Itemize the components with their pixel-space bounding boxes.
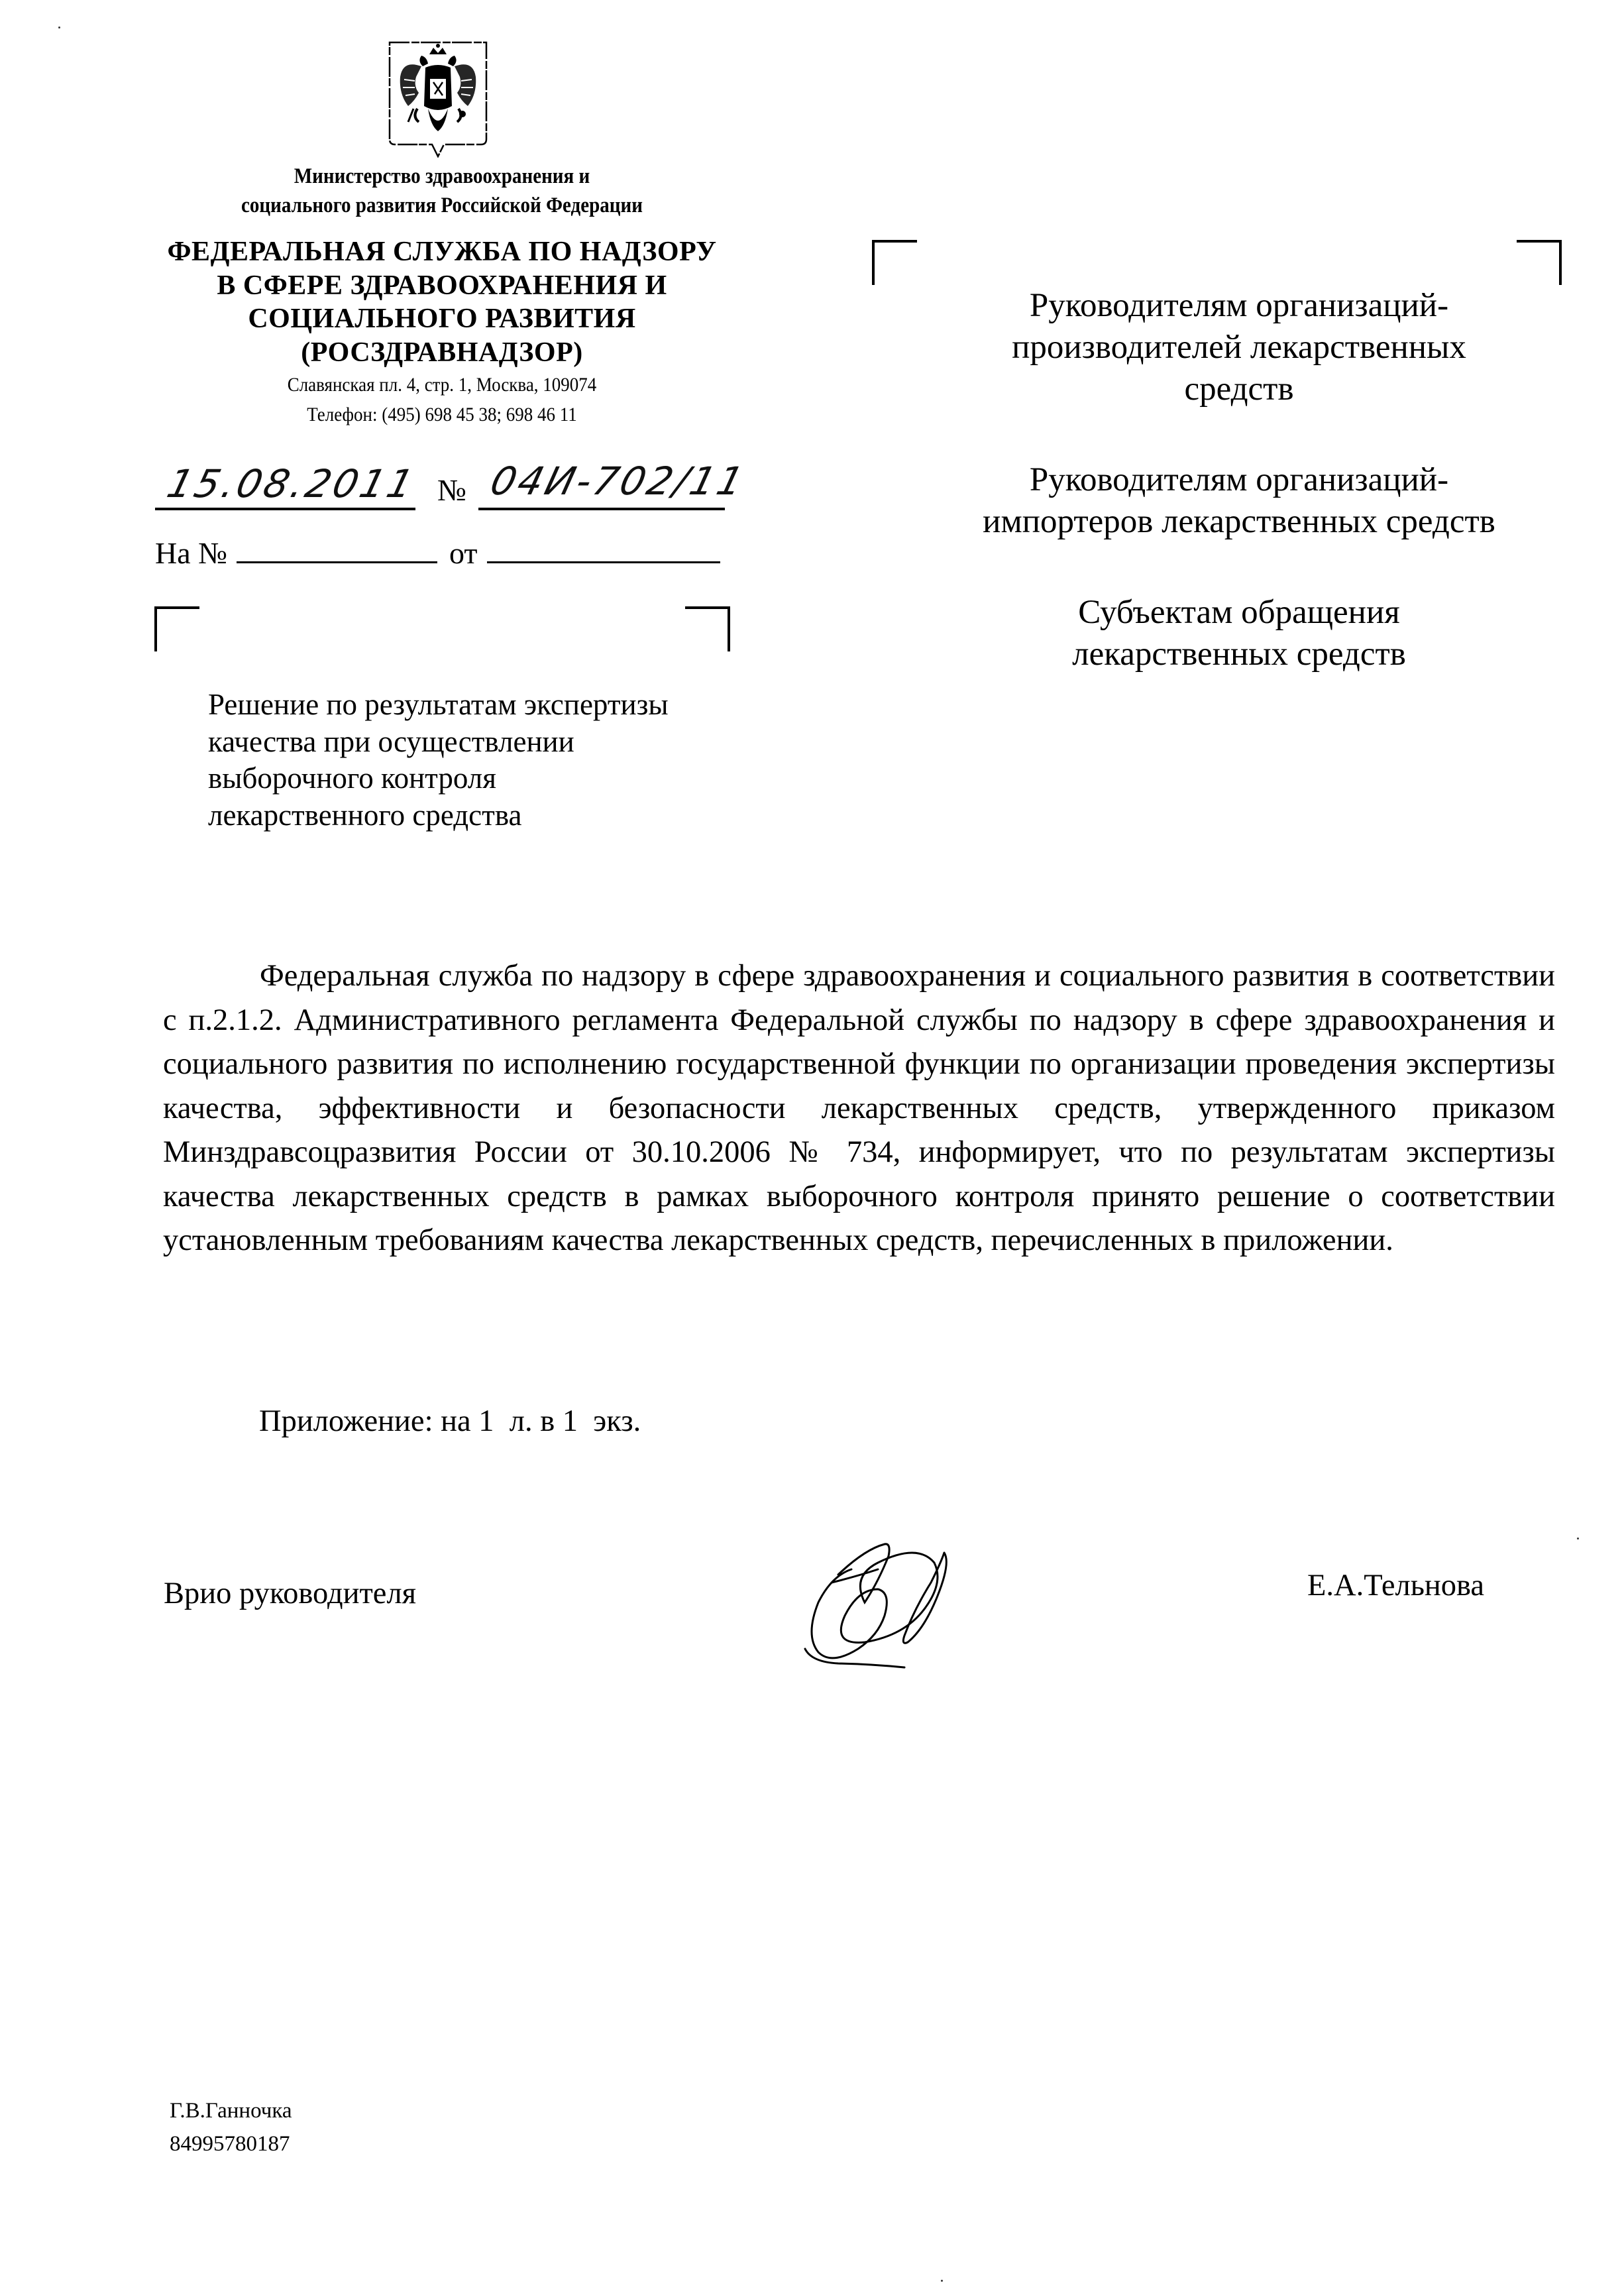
recipients-block: Руководителям организаций- производителе…: [941, 285, 1537, 724]
executor-phone: 84995780187: [170, 2127, 292, 2160]
date-field: 15.08.2011: [155, 456, 415, 510]
address: Славянская пл. 4, стр. 1, Москва, 109074: [183, 370, 702, 400]
handwritten-date: 15.08.2011: [163, 461, 421, 506]
recipient-line: Руководителям организаций-: [941, 285, 1537, 327]
outgoing-number-field: 04И-702/11: [478, 456, 725, 510]
contact-block: Славянская пл. 4, стр. 1, Москва, 109074…: [183, 370, 702, 429]
subject-line: выборочного контроля: [208, 760, 751, 797]
body-paragraph: Федеральная служба по надзору в сфере зд…: [163, 954, 1555, 1263]
ref-number-blank: [237, 555, 437, 563]
corner-mark-top-right: [1517, 240, 1562, 285]
service-name: ФЕДЕРАЛЬНАЯ СЛУЖБА ПО НАДЗОРУ В СФЕРЕ ЗД…: [154, 235, 730, 369]
phone: Телефон: (495) 698 45 38; 698 46 11: [183, 400, 702, 429]
corner-mark-top-left: [872, 240, 917, 285]
signature-icon: [792, 1536, 1024, 1669]
reference-row: На №от: [155, 535, 720, 571]
ref-label: На №: [155, 536, 227, 570]
subject-line: лекарственного средства: [208, 797, 751, 834]
subject-block: Решение по результатам экспертизы качест…: [208, 687, 751, 834]
recipient-line: средств: [941, 368, 1537, 410]
recipient: Руководителям организаций- производителе…: [941, 285, 1537, 410]
ministry-line: Министерство здравоохранения и: [188, 162, 696, 191]
recipient-line: лекарственных средств: [941, 634, 1537, 675]
subject-line: качества при осуществлении: [208, 724, 751, 761]
recipient-line: Руководителям организаций-: [941, 459, 1537, 501]
recipient-line: Субъектам обращения: [941, 592, 1537, 634]
signer-name: Е.А.Тельнова: [1307, 1568, 1484, 1603]
ministry-line: социального развития Российской Федераци…: [188, 191, 696, 220]
recipient-line: импортеров лекарственных средств: [941, 501, 1537, 543]
executor-name: Г.В.Ганночка: [170, 2094, 292, 2127]
signer-position: Врио руководителя: [164, 1576, 416, 1611]
ref-from-label: от: [449, 536, 478, 570]
service-line: (РОСЗДРАВНАДЗОР): [154, 336, 730, 370]
handwritten-number: 04И-702/11: [486, 459, 751, 504]
scan-speck: [1577, 1538, 1579, 1539]
scan-speck: [941, 2280, 943, 2282]
attachment-note: Приложение: на 1 л. в 1 экз.: [259, 1404, 641, 1439]
service-line: В СФЕРЕ ЗДРАВООХРАНЕНИЯ И: [154, 269, 730, 303]
recipient: Субъектам обращения лекарственных средст…: [941, 592, 1537, 675]
service-line: ФЕДЕРАЛЬНАЯ СЛУЖБА ПО НАДЗОРУ: [154, 235, 730, 269]
number-sign: №: [437, 473, 466, 508]
executor-block: Г.В.Ганночка 84995780187: [170, 2094, 292, 2160]
recipient: Руководителям организаций- импортеров ле…: [941, 459, 1537, 543]
scan-speck: [58, 27, 60, 28]
corner-mark-top-left: [154, 606, 199, 651]
corner-mark-top-right: [685, 606, 730, 651]
recipient-line: производителей лекарственных: [941, 327, 1537, 368]
ministry-name: Министерство здравоохранения и социально…: [188, 162, 696, 220]
coat-of-arms-icon: [388, 40, 488, 158]
ref-date-blank: [487, 555, 720, 563]
subject-line: Решение по результатам экспертизы: [208, 687, 751, 724]
service-line: СОЦИАЛЬНОГО РАЗВИТИЯ: [154, 302, 730, 336]
